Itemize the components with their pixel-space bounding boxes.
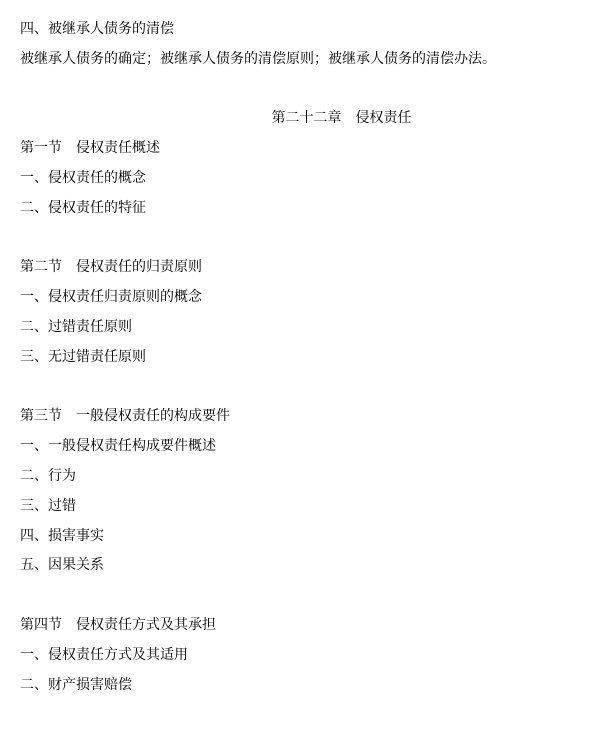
list-item: 四、被继承人债务的清偿 [20,15,581,45]
chapter-heading: 第二十二章 侵权责任 [102,104,581,134]
list-item: 一、一般侵权责任构成要件概述 [20,432,581,462]
list-item: 二、过错责任原则 [20,313,581,343]
blank-line [20,373,581,403]
document-page: 四、被继承人债务的清偿 被继承人债务的确定；被继承人债务的清偿原则；被继承人债务… [0,0,601,744]
blank-line [20,224,581,254]
blank-line [20,75,581,105]
paragraph: 被继承人债务的确定；被继承人债务的清偿原则；被继承人债务的清偿办法。 [20,45,581,75]
section-heading: 第一节 侵权责任概述 [20,134,581,164]
list-item: 二、行为 [20,462,581,492]
list-item: 一、侵权责任的概念 [20,164,581,194]
list-item: 四、损害事实 [20,522,581,552]
section-heading: 第三节 一般侵权责任的构成要件 [20,402,581,432]
blank-line [20,581,581,611]
list-item: 一、侵权责任方式及其适用 [20,641,581,671]
list-item: 三、无过错责任原则 [20,343,581,373]
list-item: 五、因果关系 [20,551,581,581]
section-heading: 第四节 侵权责任方式及其承担 [20,611,581,641]
section-heading: 第二节 侵权责任的归责原则 [20,253,581,283]
list-item: 二、侵权责任的特征 [20,194,581,224]
list-item: 一、侵权责任归责原则的概念 [20,283,581,313]
list-item: 三、过错 [20,492,581,522]
list-item: 二、财产损害赔偿 [20,671,581,701]
